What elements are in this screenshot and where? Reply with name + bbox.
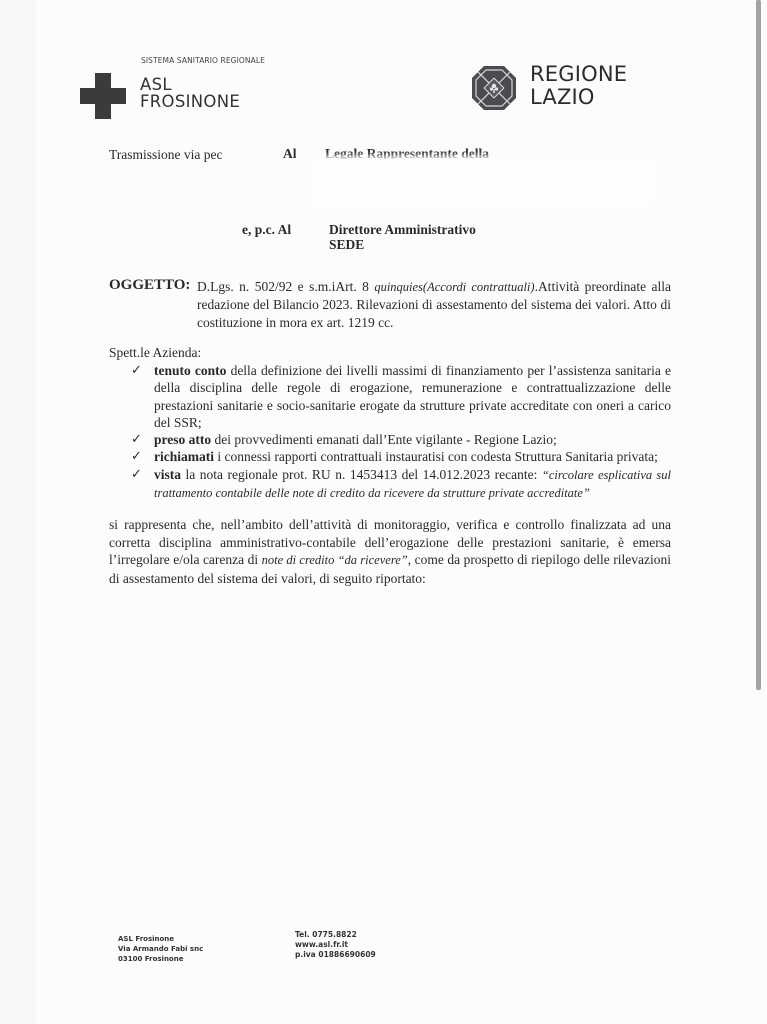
consideration-keyword: vista (154, 467, 181, 482)
footer-street: Via Armando Fabi snc (118, 944, 203, 954)
footer-phone: Tel. 0775.8822 (295, 930, 376, 940)
cc-recipient-line1: Direttore Amministrativo (329, 222, 476, 238)
footer-contacts: Tel. 0775.8822 www.asl.fr.it p.iva 01886… (295, 930, 376, 960)
asl-logo-name: ASL FROSINONE (140, 76, 240, 110)
subject-part1: D.Lgs. n. 502/92 e s.m.iArt. 8 (197, 279, 374, 294)
check-mark-icon: ✓ (131, 466, 142, 483)
redacted-recipient-block (307, 159, 657, 207)
check-mark-icon: ✓ (131, 431, 142, 448)
consideration-item: ✓ tenuto conto della definizione dei liv… (131, 362, 671, 431)
consideration-item: ✓ vista la nota regionale prot. RU n. 14… (131, 466, 671, 503)
asl-logo-subtitle: SISTEMA SANITARIO REGIONALE (141, 56, 265, 65)
considerations-list: ✓ tenuto conto della definizione dei liv… (131, 362, 671, 502)
subject-italic: quinquies(Accordi contrattuali) (374, 280, 534, 294)
subject-label: OGGETTO: (109, 277, 190, 294)
consideration-text: dei provvedimenti emanati dall’Ente vigi… (211, 432, 557, 447)
footer-city: 03100 Frosinone (118, 954, 203, 964)
body-paragraph: si rappresenta che, nell’ambito dell’att… (109, 516, 671, 587)
footer-org: ASL Frosinone (118, 934, 203, 944)
cc-label: e, p.c. Al (242, 222, 291, 238)
regione-lazio-name: REGIONE LAZIO (530, 63, 627, 109)
salutation: Spett.le Azienda: (109, 345, 201, 361)
to-label: Al (283, 146, 297, 162)
subject-text: D.Lgs. n. 502/92 e s.m.iArt. 8 quinquies… (197, 278, 671, 332)
check-mark-icon: ✓ (131, 362, 142, 379)
footer-vat: p.iva 01886690609 (295, 950, 376, 960)
footer-address: ASL Frosinone Via Armando Fabi snc 03100… (118, 934, 203, 964)
footer-website: www.asl.fr.it (295, 940, 376, 950)
region-logo-line2: LAZIO (530, 86, 627, 109)
vertical-scrollbar[interactable] (756, 0, 761, 690)
consideration-keyword: richiamati (154, 449, 214, 464)
consideration-text: la nota regionale prot. RU n. 1453413 de… (181, 467, 542, 482)
consideration-item: ✓ preso atto dei provvedimenti emanati d… (131, 431, 671, 448)
transmission-method: Trasmissione via pec (109, 147, 223, 163)
body-italic: note di credito “da ricevere” (262, 553, 408, 567)
region-logo-line1: REGIONE (530, 63, 627, 86)
page-left-margin (0, 0, 36, 1024)
consideration-keyword: tenuto conto (154, 363, 226, 378)
check-mark-icon: ✓ (131, 448, 142, 465)
consideration-keyword: preso atto (154, 432, 211, 447)
asl-logo-line1: ASL (140, 76, 240, 93)
cc-recipient-line2: SEDE (329, 237, 364, 253)
regione-lazio-emblem-icon (470, 64, 518, 112)
cross-icon (80, 73, 126, 119)
consideration-item: ✓ richiamati i connessi rapporti contrat… (131, 448, 671, 465)
consideration-text: i connessi rapporti contrattuali instaur… (214, 449, 658, 464)
asl-logo-line2: FROSINONE (140, 93, 240, 110)
consideration-text: della definizione dei livelli massimi di… (154, 363, 671, 430)
